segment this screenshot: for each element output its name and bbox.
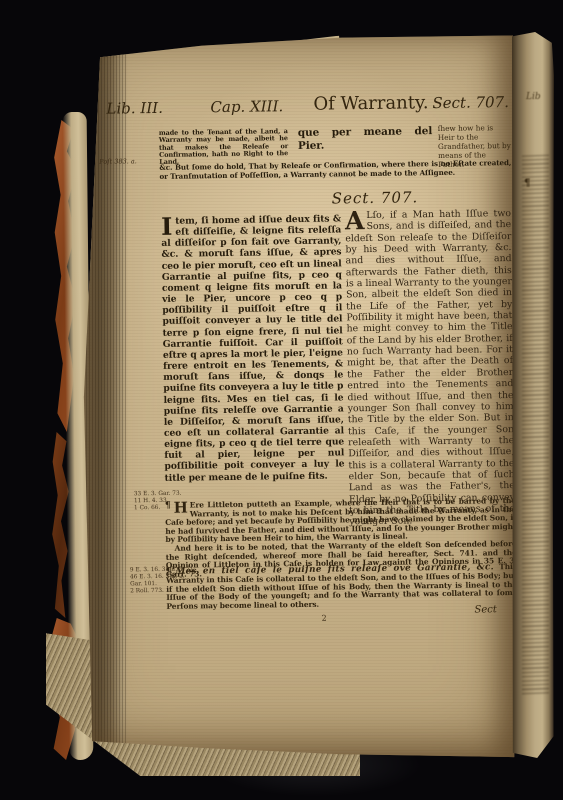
commentary-paragraph-3: ¶Mes en tiel caſe le puiſne fits releaſe… — [166, 563, 518, 611]
dropcap-letter: A — [345, 211, 365, 231]
pilcrow-icon: ¶ — [165, 502, 171, 511]
dropcap-letter: I — [161, 217, 172, 237]
signature-mark: 2 — [322, 614, 327, 623]
margin-note-post: Poſt 383. a. — [99, 158, 137, 166]
dropcap-letter: H — [174, 502, 188, 515]
english-text: Lſo, if a Man hath Iſſue two Sons, and i… — [345, 208, 515, 528]
facing-page-edge: Lib ¶ — [512, 32, 554, 758]
running-head-book: Lib. III. — [106, 99, 163, 118]
carryover-wide: &c. But ſome do hold, That by Releaſe or… — [159, 159, 511, 182]
commentary-paragraph-1: ¶HEre Littleton putteth an Example, wher… — [165, 497, 517, 545]
book-page: Lib. III. Cap. XIII. Of Warranty. Sect. … — [80, 34, 516, 760]
running-head-title: Of Warranty. — [313, 92, 428, 115]
section-heading: Sect. 707. — [332, 188, 419, 207]
photo-background: Lib. III. Cap. XIII. Of Warranty. Sect. … — [0, 0, 563, 800]
facing-page-runhead-fragment: Lib — [526, 92, 541, 102]
carryover-col2: que per meane del Pier. — [298, 125, 448, 152]
book: Lib. III. Cap. XIII. Of Warranty. Sect. … — [0, 0, 563, 800]
page-content: Lib. III. Cap. XIII. Of Warranty. Sect. … — [75, 31, 521, 763]
running-head-chapter: Cap. XIII. — [210, 97, 283, 116]
law-french-text: tem, ſi home ad iſſue deux fits & eſt di… — [161, 213, 344, 483]
running-head-section: Sect. 707. — [432, 93, 509, 112]
commentary-1-text: Ere Littleton putteth an Example, where … — [165, 496, 516, 544]
facing-page-blurred-text — [522, 154, 549, 695]
photo-frame: Lib. III. Cap. XIII. Of Warranty. Sect. … — [0, 0, 563, 800]
catchword: Sect — [474, 604, 497, 615]
law-french-column: Item, ſi home ad iſſue deux fits & eſt d… — [161, 213, 345, 483]
english-column: ALſo, if a Man hath Iſſue two Sons, and … — [345, 208, 515, 528]
